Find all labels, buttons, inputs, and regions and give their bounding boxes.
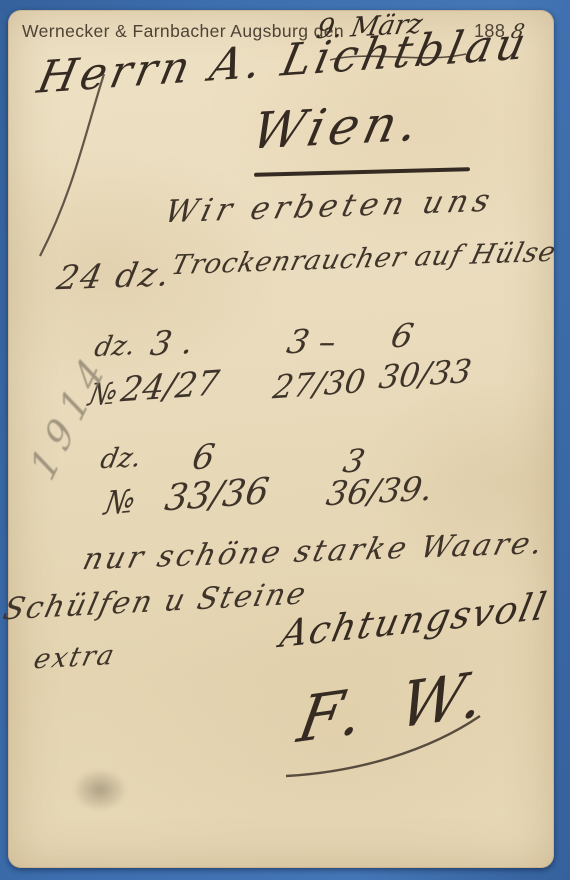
lot2-size-1: 33/36 (162, 471, 271, 520)
postcard: Wernecker & Farnbacher Augsburg den 9. M… (8, 10, 554, 868)
side-note-line-2: extra (31, 640, 119, 676)
lot1-size-1: 24/27 (118, 363, 221, 410)
order-quantity: 24 dz. (54, 254, 176, 297)
lot2-number-label: № (102, 481, 138, 522)
lot1-qty-3: 6 (388, 316, 417, 355)
closing-line: Achtungsvoll (277, 584, 552, 656)
scan-background: { "colors": { "scan_background": "#3d6ea… (0, 0, 570, 880)
ink-smudge (74, 770, 126, 810)
quality-note-line: nur schöne starke Waare. (79, 526, 549, 577)
lot2-unit-label: dz. (98, 442, 144, 475)
lot1-qty-1: 3 . (148, 322, 196, 364)
lot1-size-2: 27/30 (271, 362, 368, 407)
recipient-flourish-stroke (26, 70, 116, 260)
side-note-line-1: Schülfen u Steine (0, 576, 311, 627)
signature-flourish-stroke (280, 710, 510, 780)
lot1-qty-2: 3 – (284, 322, 340, 361)
city-line: Wien. (246, 93, 429, 161)
lot1-size-3: 30/33 (377, 352, 474, 397)
lot2-size-2: 36/39. (324, 468, 436, 513)
order-item: Trockenraucher auf Hülse (168, 237, 559, 282)
opening-line: Wir erbeten uns (161, 183, 499, 231)
city-underline (254, 167, 470, 176)
lot2-qty-1: 6 (190, 437, 218, 479)
